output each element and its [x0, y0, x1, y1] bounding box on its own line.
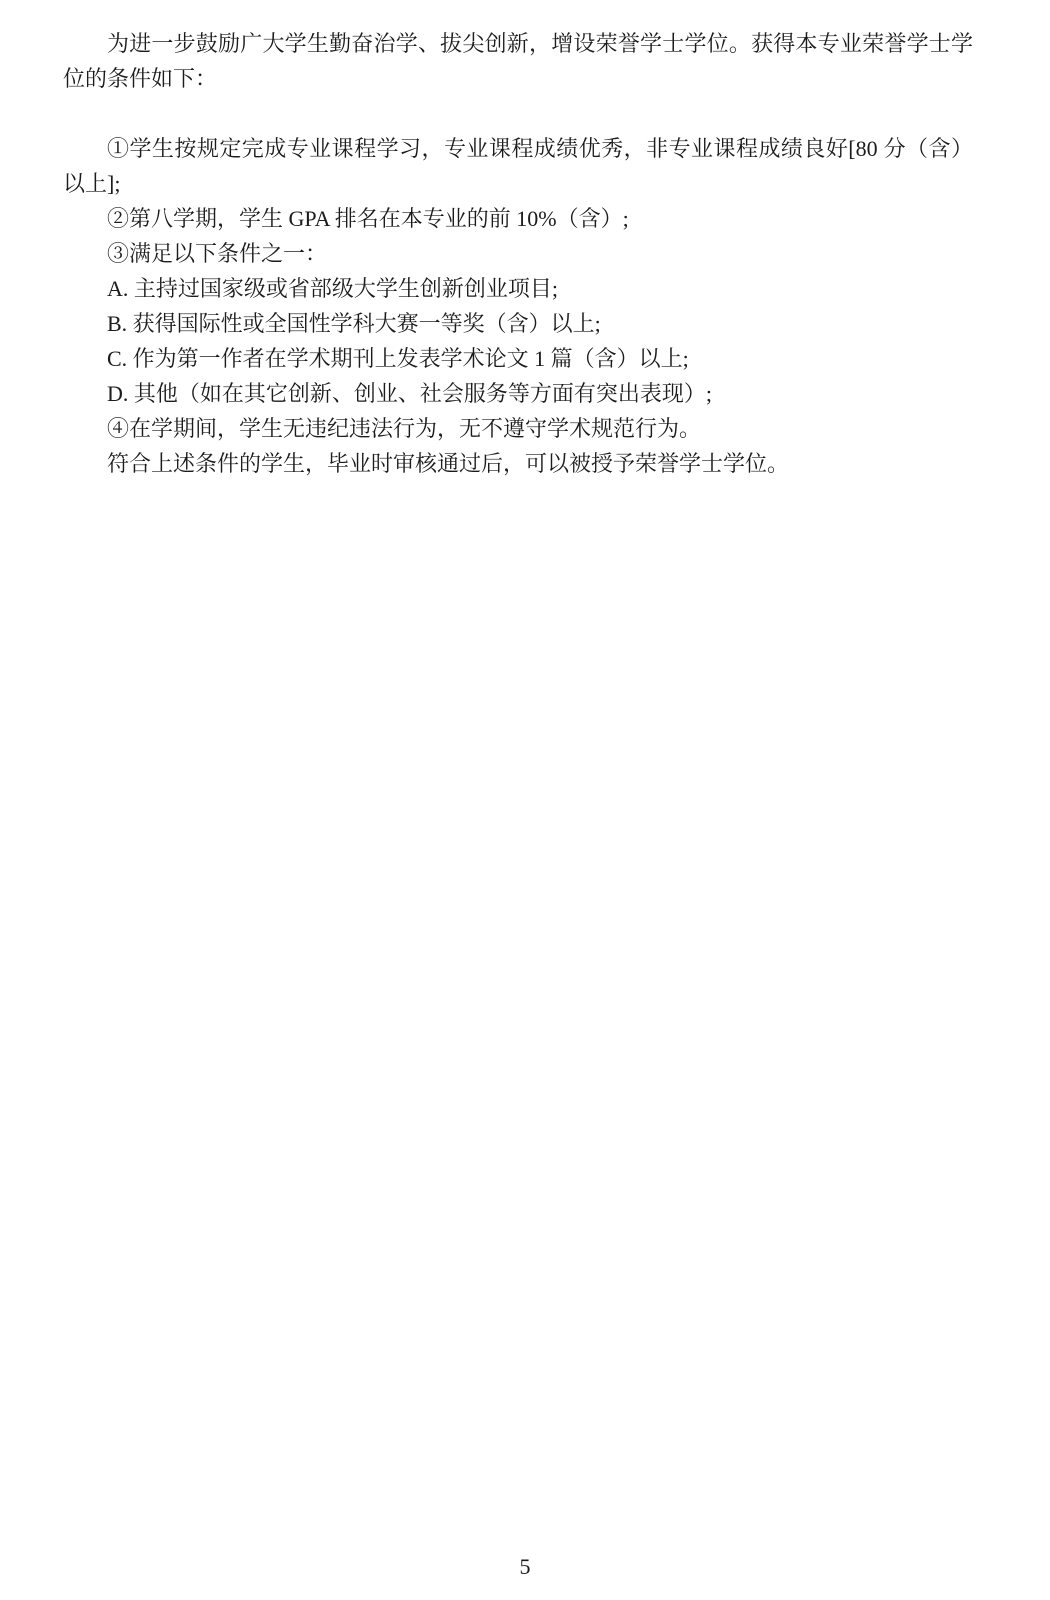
condition-3-option-a: A. 主持过国家级或省部级大学生创新创业项目; — [63, 271, 973, 306]
condition-1-courses: ①学生按规定完成专业课程学习，专业课程成绩优秀，非专业课程成绩良好[80 分（含… — [63, 131, 973, 201]
body-text: 为进一步鼓励广大学生勤奋治学、拔尖创新，增设荣誉学士学位。获得本专业荣誉学士学位… — [63, 26, 973, 481]
condition-3-option-b: B. 获得国际性或全国性学科大赛一等奖（含）以上; — [63, 306, 973, 341]
condition-3-option-d: D. 其他（如在其它创新、创业、社会服务等方面有突出表现）; — [63, 376, 973, 411]
document-page: 为进一步鼓励广大学生勤奋治学、拔尖创新，增设荣誉学士学位。获得本专业荣誉学士学位… — [0, 0, 1050, 1600]
condition-3-heading: ③满足以下条件之一： — [63, 236, 973, 271]
paragraph-intro: 为进一步鼓励广大学生勤奋治学、拔尖创新，增设荣誉学士学位。获得本专业荣誉学士学位… — [63, 26, 973, 96]
condition-3-option-c: C. 作为第一作者在学术期刊上发表学术论文 1 篇（含）以上; — [63, 341, 973, 376]
condition-4-conduct: ④在学期间，学生无违纪违法行为，无不遵守学术规范行为。 — [63, 411, 973, 446]
condition-2-gpa: ②第八学期，学生 GPA 排名在本专业的前 10%（含）; — [63, 201, 973, 236]
paragraph-conclusion: 符合上述条件的学生，毕业时审核通过后，可以被授予荣誉学士学位。 — [63, 446, 973, 481]
footer-page-number: 5 — [0, 1549, 1050, 1584]
